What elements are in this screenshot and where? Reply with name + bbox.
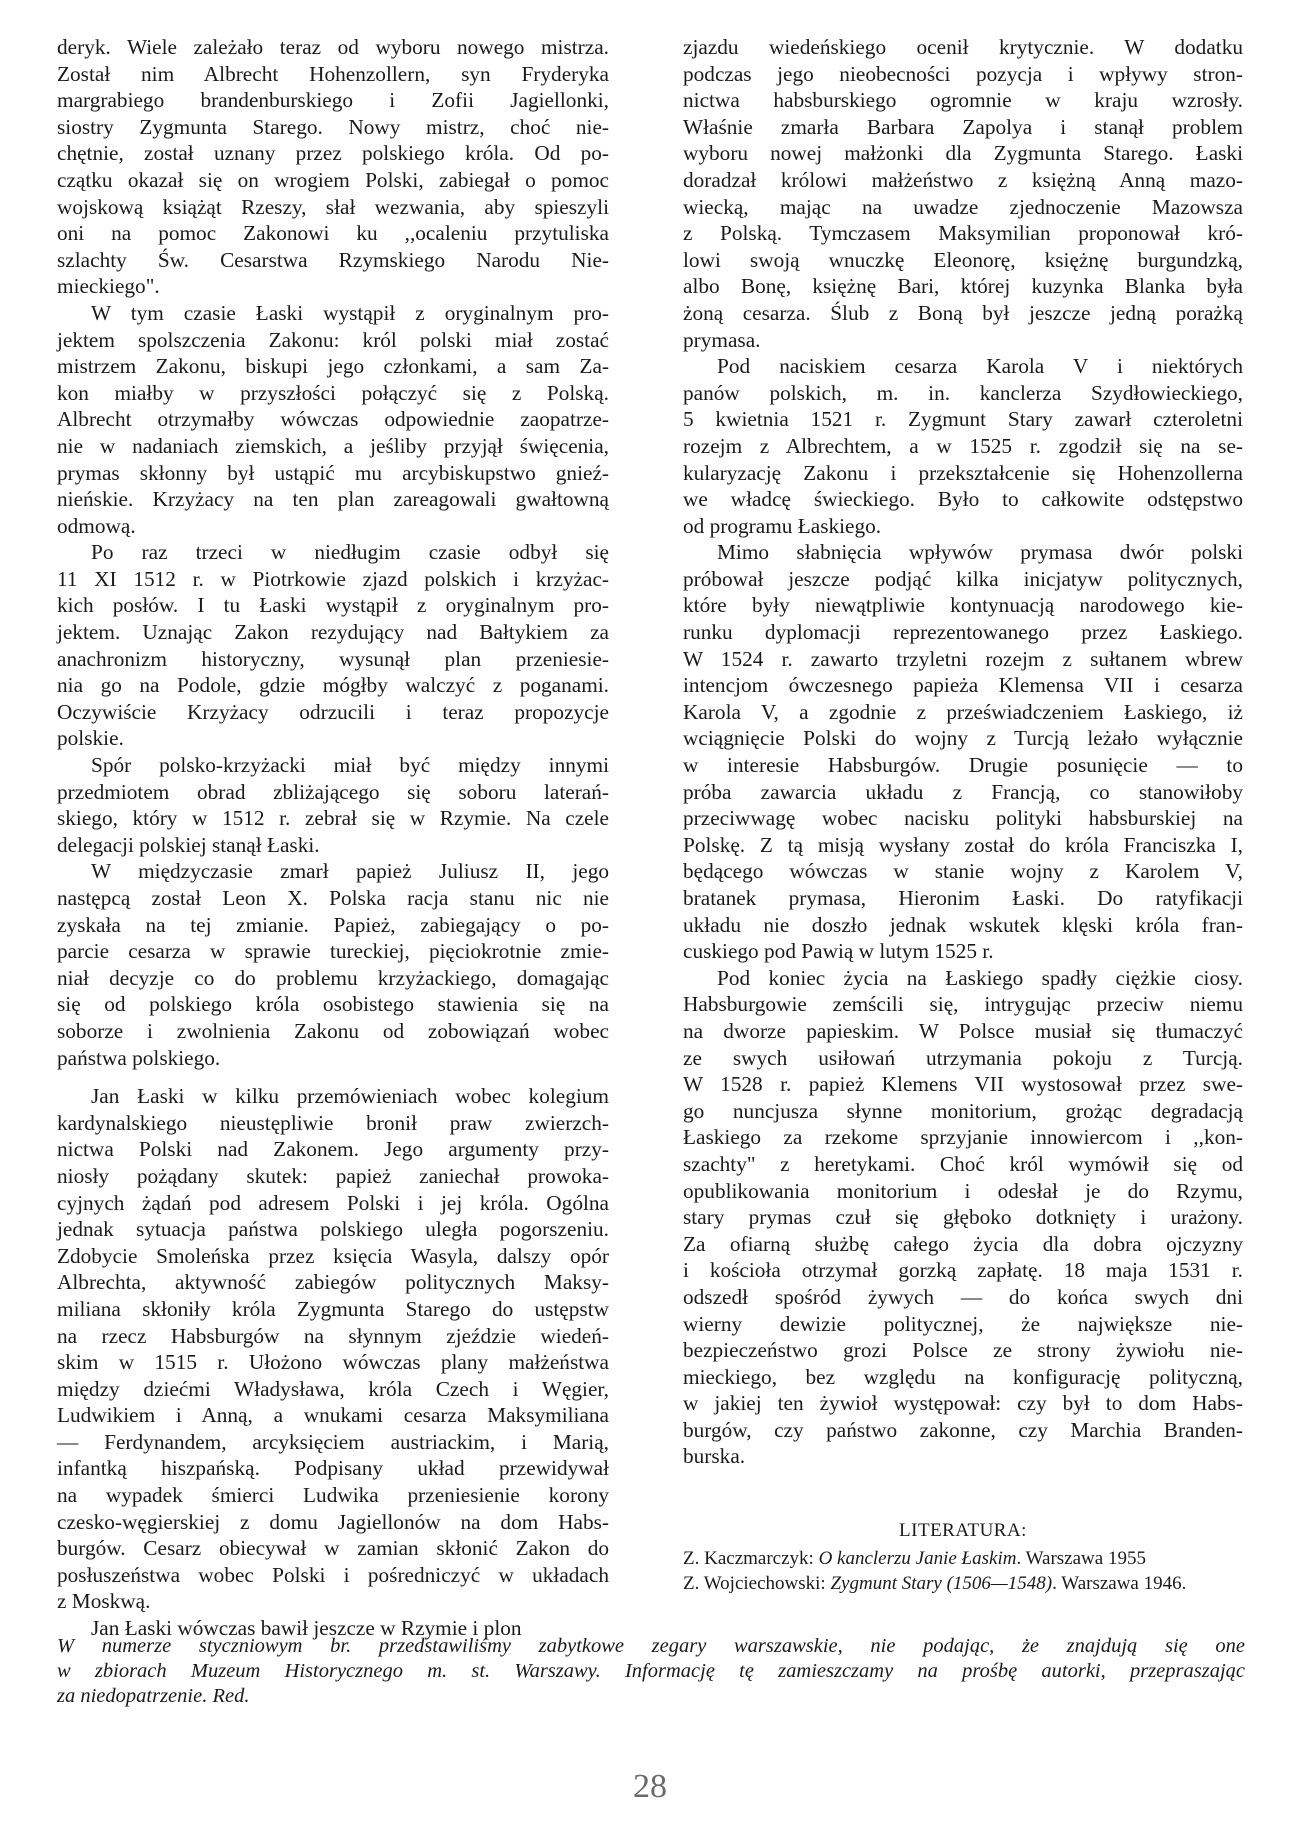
text-line: które były niewątpliwie kontynuacją naro… xyxy=(683,592,1243,619)
literature-author: Z. Kaczmarczyk: xyxy=(683,1548,819,1569)
literature-author: Z. Wojciechowski: xyxy=(683,1573,830,1594)
text-line: przedmiotem obrad zbliżającego się sobor… xyxy=(57,779,609,806)
text-line: i kościoła otrzymał gorzką zapłatę. 18 m… xyxy=(683,1257,1243,1284)
literature-title: O kanclerzu Janie Łaskim xyxy=(819,1548,1017,1569)
text-line: W 1524 r. zawarto trzyletni rozejm z suł… xyxy=(683,646,1243,673)
text-line: opublikowania monitorium i odesłał je do… xyxy=(683,1178,1243,1205)
text-line: Łaskiego za rzekome sprzyjanie innowierc… xyxy=(683,1124,1243,1151)
text-line: z Moskwą. xyxy=(57,1588,609,1615)
text-line: szachty" z heretykami. Choć król wymówił… xyxy=(683,1151,1243,1178)
text-line: Polskę. Z tą misją wysłany został do kró… xyxy=(683,832,1243,859)
text-line: państwa polskiego. xyxy=(57,1045,609,1072)
text-line: Pod naciskiem cesarza Karola V i niektór… xyxy=(683,353,1243,380)
left-column: deryk. Wiele zależało teraz od wyboru no… xyxy=(57,34,609,1642)
text-line: zjazdu wiedeńskiego ocenił krytycznie. W… xyxy=(683,34,1243,61)
text-line: wojskową książąt Rzeszy, słał wezwania, … xyxy=(57,194,609,221)
text-line: deryk. Wiele zależało teraz od wyboru no… xyxy=(57,34,609,61)
text-line: wiecką, mając na uwadze zjednoczenie Maz… xyxy=(683,194,1243,221)
text-line: wciągnięcie Polski do wojny z Turcją leż… xyxy=(683,725,1243,752)
text-line: Oczywiście Krzyżacy odrzucili i teraz pr… xyxy=(57,699,609,726)
text-line: rozejm z Albrechtem, a w 1525 r. zgodził… xyxy=(683,433,1243,460)
text-line: wyboru nowej małżonki dla Zygmunta Stare… xyxy=(683,140,1243,167)
text-line: niał decyzje co do problemu krzyżackiego… xyxy=(57,965,609,992)
right-column-body: zjazdu wiedeńskiego ocenił krytycznie. W… xyxy=(683,34,1243,1470)
text-line: intencjom ówczesnego papieża Klemensa VI… xyxy=(683,672,1243,699)
text-line: polskie. xyxy=(57,725,609,752)
literature-item: Z. Wojciechowski: Zygmunt Stary (1506—15… xyxy=(683,1571,1243,1596)
text-line: prymas skłonny był ustąpić mu arcybiskup… xyxy=(57,460,609,487)
text-line: infantką hiszpańską. Podpisany układ prz… xyxy=(57,1455,609,1482)
text-line: jednak sytuacja państwa polskiego uległa… xyxy=(57,1216,609,1243)
text-line: w interesie Habsburgów. Drugie posunięci… xyxy=(683,752,1243,779)
literature-publication: . Warszawa 1955 xyxy=(1016,1548,1146,1569)
text-line: margrabiego brandenburskiego i Zofii Jag… xyxy=(57,87,609,114)
text-line: próbował jeszcze podjąć kilka inicjatyw … xyxy=(683,566,1243,593)
literature-title: Zygmunt Stary (1506—1548) xyxy=(830,1573,1052,1594)
text-line: cuskiego pod Pawią w lutym 1525 r. xyxy=(683,938,1243,965)
text-line: Za ofiarną służbę całego życia dla dobra… xyxy=(683,1231,1243,1258)
text-line: jektem spolszczenia Zakonu: król polski … xyxy=(57,327,609,354)
paragraph: Po raz trzeci w niedługim czasie odbył s… xyxy=(57,539,609,752)
text-line: chętnie, został uznany przez polskiego k… xyxy=(57,140,609,167)
document-page: deryk. Wiele zależało teraz od wyboru no… xyxy=(0,0,1300,1847)
text-line: 11 XI 1512 r. w Piotrkowie zjazd polskic… xyxy=(57,566,609,593)
text-line: burska. xyxy=(683,1443,1243,1470)
text-line: Karola V, a zgodnie z przeświadczeniem Ł… xyxy=(683,699,1243,726)
text-line: posłuszeństwa wobec Polski i pośredniczy… xyxy=(57,1562,609,1589)
text-line: Pod koniec życia na Łaskiego spadły cięż… xyxy=(683,965,1243,992)
paragraph: zjazdu wiedeńskiego ocenił krytycznie. W… xyxy=(683,34,1243,353)
literature-publication: . Warszawa 1946. xyxy=(1052,1573,1186,1594)
text-line: runku dyplomacji reprezentowanego przez … xyxy=(683,619,1243,646)
text-line: układu nie doszło jednak wskutek klęski … xyxy=(683,912,1243,939)
text-line: będącego wówczas w stanie wojny z Karole… xyxy=(683,858,1243,885)
text-line: W tym czasie Łaski wystąpił z oryginalny… xyxy=(57,300,609,327)
editorial-note: W numerze styczniowym br. przedstawiliśm… xyxy=(57,1634,1245,1709)
text-line: delegacji polskiej stanął Łaski. xyxy=(57,832,609,859)
text-line: w jakiej ten żywioł występował: czy był … xyxy=(683,1390,1243,1417)
text-line: prymasa. xyxy=(683,327,1243,354)
text-line: kularyzację Zakonu i przekształcenie się… xyxy=(683,460,1243,487)
text-line: jektem. Uznając Zakon rezydujący nad Bał… xyxy=(57,619,609,646)
text-line: czątku okazał się on wrogiem Polski, zab… xyxy=(57,167,609,194)
text-line: parcie cesarza w sprawie tureckiej, pięc… xyxy=(57,938,609,965)
paragraph: Pod naciskiem cesarza Karola V i niektór… xyxy=(683,353,1243,539)
text-line: kich posłów. I tu Łaski wystąpił z orygi… xyxy=(57,592,609,619)
text-line: W międzyczasie zmarł papież Juliusz II, … xyxy=(57,858,609,885)
literature-list: Z. Kaczmarczyk: O kanclerzu Janie Łaskim… xyxy=(683,1546,1243,1596)
text-line: zyskała na tej zmianie. Papież, zabiegaj… xyxy=(57,912,609,939)
text-line: skim w 1515 r. Ułożono wówczas plany mał… xyxy=(57,1349,609,1376)
text-line: nie w nadaniach ziemskich, a jeśliby prz… xyxy=(57,433,609,460)
text-line: na dworze papieskim. W Polsce musiał się… xyxy=(683,1018,1243,1045)
text-line: soborze i zwolnienia Zakonu od zobowiąza… xyxy=(57,1018,609,1045)
text-line: ze swych usiłowań utrzymania pokoju z Tu… xyxy=(683,1045,1243,1072)
text-line: szlachty Św. Cesarstwa Rzymskiego Narodu… xyxy=(57,247,609,274)
editorial-note-line: W numerze styczniowym br. przedstawiliśm… xyxy=(57,1634,1245,1659)
text-line: anachronizm historyczny, wysunął plan pr… xyxy=(57,646,609,673)
text-line: Jan Łaski w kilku przemówieniach wobec k… xyxy=(57,1083,609,1110)
text-line: stary prymas czuł się głęboko dotknięty … xyxy=(683,1204,1243,1231)
right-column: zjazdu wiedeńskiego ocenił krytycznie. W… xyxy=(683,34,1243,1596)
text-line: bratanek prymasa, Hieronim Łaski. Do rat… xyxy=(683,885,1243,912)
paragraph: Pod koniec życia na Łaskiego spadły cięż… xyxy=(683,965,1243,1470)
text-line: Ludwikiem i Anną, a wnukami cesarza Maks… xyxy=(57,1402,609,1429)
text-line: próba zawarcia układu z Francją, co stan… xyxy=(683,779,1243,806)
text-line: na rzecz Habsburgów na słynnym zjeździe … xyxy=(57,1323,609,1350)
page-number: 28 xyxy=(0,1768,1300,1806)
text-line: doradzał królowi małżeństwo z księżną An… xyxy=(683,167,1243,194)
paragraph: W tym czasie Łaski wystąpił z oryginalny… xyxy=(57,300,609,539)
text-line: skiego, który w 1512 r. zebrał się w Rzy… xyxy=(57,805,609,832)
text-line: wierny dewizie politycznej, że największ… xyxy=(683,1311,1243,1338)
text-line: czesko-węgierskiej z domu Jagiellonów na… xyxy=(57,1509,609,1536)
text-line: — Ferdynandem, arcyksięciem austriackim,… xyxy=(57,1429,609,1456)
text-line: Habsburgowie zemścili się, intrygując pr… xyxy=(683,991,1243,1018)
text-line: 5 kwietnia 1521 r. Zygmunt Stary zawarł … xyxy=(683,406,1243,433)
text-line: na wypadek śmierci Ludwika przeniesienie… xyxy=(57,1482,609,1509)
text-line: kardynalskiego nieustępliwie bronił praw… xyxy=(57,1110,609,1137)
paragraph: Mimo słabnięcia wpływów prymasa dwór pol… xyxy=(683,539,1243,965)
text-line: Spór polsko-krzyżacki miał być między in… xyxy=(57,752,609,779)
paragraph: deryk. Wiele zależało teraz od wyboru no… xyxy=(57,34,609,300)
text-line: mistrzem Zakonu, biskupi jego członkami,… xyxy=(57,353,609,380)
text-line: Właśnie zmarła Barbara Zapolya i stanął … xyxy=(683,114,1243,141)
text-line: mieckiego, bez względu na konfigurację p… xyxy=(683,1364,1243,1391)
text-line: mieckiego". xyxy=(57,273,609,300)
text-line: Zdobycie Smoleńska przez księcia Wasyla,… xyxy=(57,1243,609,1270)
text-line: burgów. Cesarz obiecywał w zamian skłoni… xyxy=(57,1535,609,1562)
literature-item: Z. Kaczmarczyk: O kanclerzu Janie Łaskim… xyxy=(683,1546,1243,1571)
text-line: kon miałby w przyszłości połączyć się z … xyxy=(57,380,609,407)
text-line: Został nim Albrecht Hohenzollern, syn Fr… xyxy=(57,61,609,88)
text-line: żoną cesarza. Ślub z Boną był jeszcze je… xyxy=(683,300,1243,327)
text-line: przeciwwagę wobec nacisku polityki habsb… xyxy=(683,805,1243,832)
text-line: go nuncjusza słynne monitorium, grożąc d… xyxy=(683,1098,1243,1125)
text-line: siostry Zygmunta Starego. Nowy mistrz, c… xyxy=(57,114,609,141)
text-line: nictwa Polski nad Zakonem. Jego argument… xyxy=(57,1136,609,1163)
text-line: we władcę świeckiego. Było to całkowite … xyxy=(683,486,1243,513)
text-line: następcą został Leon X. Polska racja sta… xyxy=(57,885,609,912)
text-line: od programu Łaskiego. xyxy=(683,513,1243,540)
text-line: albo Bonę, księżnę Bari, której kuzynka … xyxy=(683,273,1243,300)
paragraph: Spór polsko-krzyżacki miał być między in… xyxy=(57,752,609,858)
text-line: Albrechta, aktywność zabiegów polityczny… xyxy=(57,1269,609,1296)
text-line: Mimo słabnięcia wpływów prymasa dwór pol… xyxy=(683,539,1243,566)
text-line: odmową. xyxy=(57,513,609,540)
text-line: się od polskiego króla osobistego stawie… xyxy=(57,991,609,1018)
text-line: panów polskich, m. in. kanclerza Szydłow… xyxy=(683,380,1243,407)
text-line: podczas jego nieobecności pozycja i wpły… xyxy=(683,61,1243,88)
text-line: między dziećmi Władysława, króla Czech i… xyxy=(57,1376,609,1403)
text-line: oni na pomoc Zakonowi ku ,,ocaleniu przy… xyxy=(57,220,609,247)
text-line: nia go na Podole, gdzie mógłby walczyć z… xyxy=(57,672,609,699)
text-line: burgów, czy państwo zakonne, czy Marchia… xyxy=(683,1417,1243,1444)
text-line: Po raz trzeci w niedługim czasie odbył s… xyxy=(57,539,609,566)
text-line: W 1528 r. papież Klemens VII wystosował … xyxy=(683,1071,1243,1098)
paragraph: W międzyczasie zmarł papież Juliusz II, … xyxy=(57,858,609,1071)
text-line: odszedł spośród żywych — do końca swych … xyxy=(683,1284,1243,1311)
editorial-note-line: w zbiorach Muzeum Historycznego m. st. W… xyxy=(57,1659,1245,1684)
text-line: z Polską. Tymczasem Maksymilian proponow… xyxy=(683,220,1243,247)
text-line: Albrecht otrzymałby wówczas odpowiednie … xyxy=(57,406,609,433)
text-line: nieńskie. Krzyżacy na ten plan zareagowa… xyxy=(57,486,609,513)
paragraph: Jan Łaski w kilku przemówieniach wobec k… xyxy=(57,1083,609,1615)
literature-heading: LITERATURA: xyxy=(683,1516,1243,1546)
text-line: niosły pożądany skutek: papież zaniechał… xyxy=(57,1163,609,1190)
text-line: cyjnych żądań pod adresem Polski i jej k… xyxy=(57,1190,609,1217)
text-line: nictwa habsburskiego ogromnie w kraju wz… xyxy=(683,87,1243,114)
editorial-note-line: za niedopatrzenie. Red. xyxy=(57,1684,1245,1709)
text-line: bezpieczeństwo grozi Polsce ze strony ży… xyxy=(683,1337,1243,1364)
text-line: miliana skłoniły króla Zygmunta Starego … xyxy=(57,1296,609,1323)
text-line: lowi swoją wnuczkę Eleonorę, księżnę bur… xyxy=(683,247,1243,274)
paragraph-gap xyxy=(57,1071,609,1083)
